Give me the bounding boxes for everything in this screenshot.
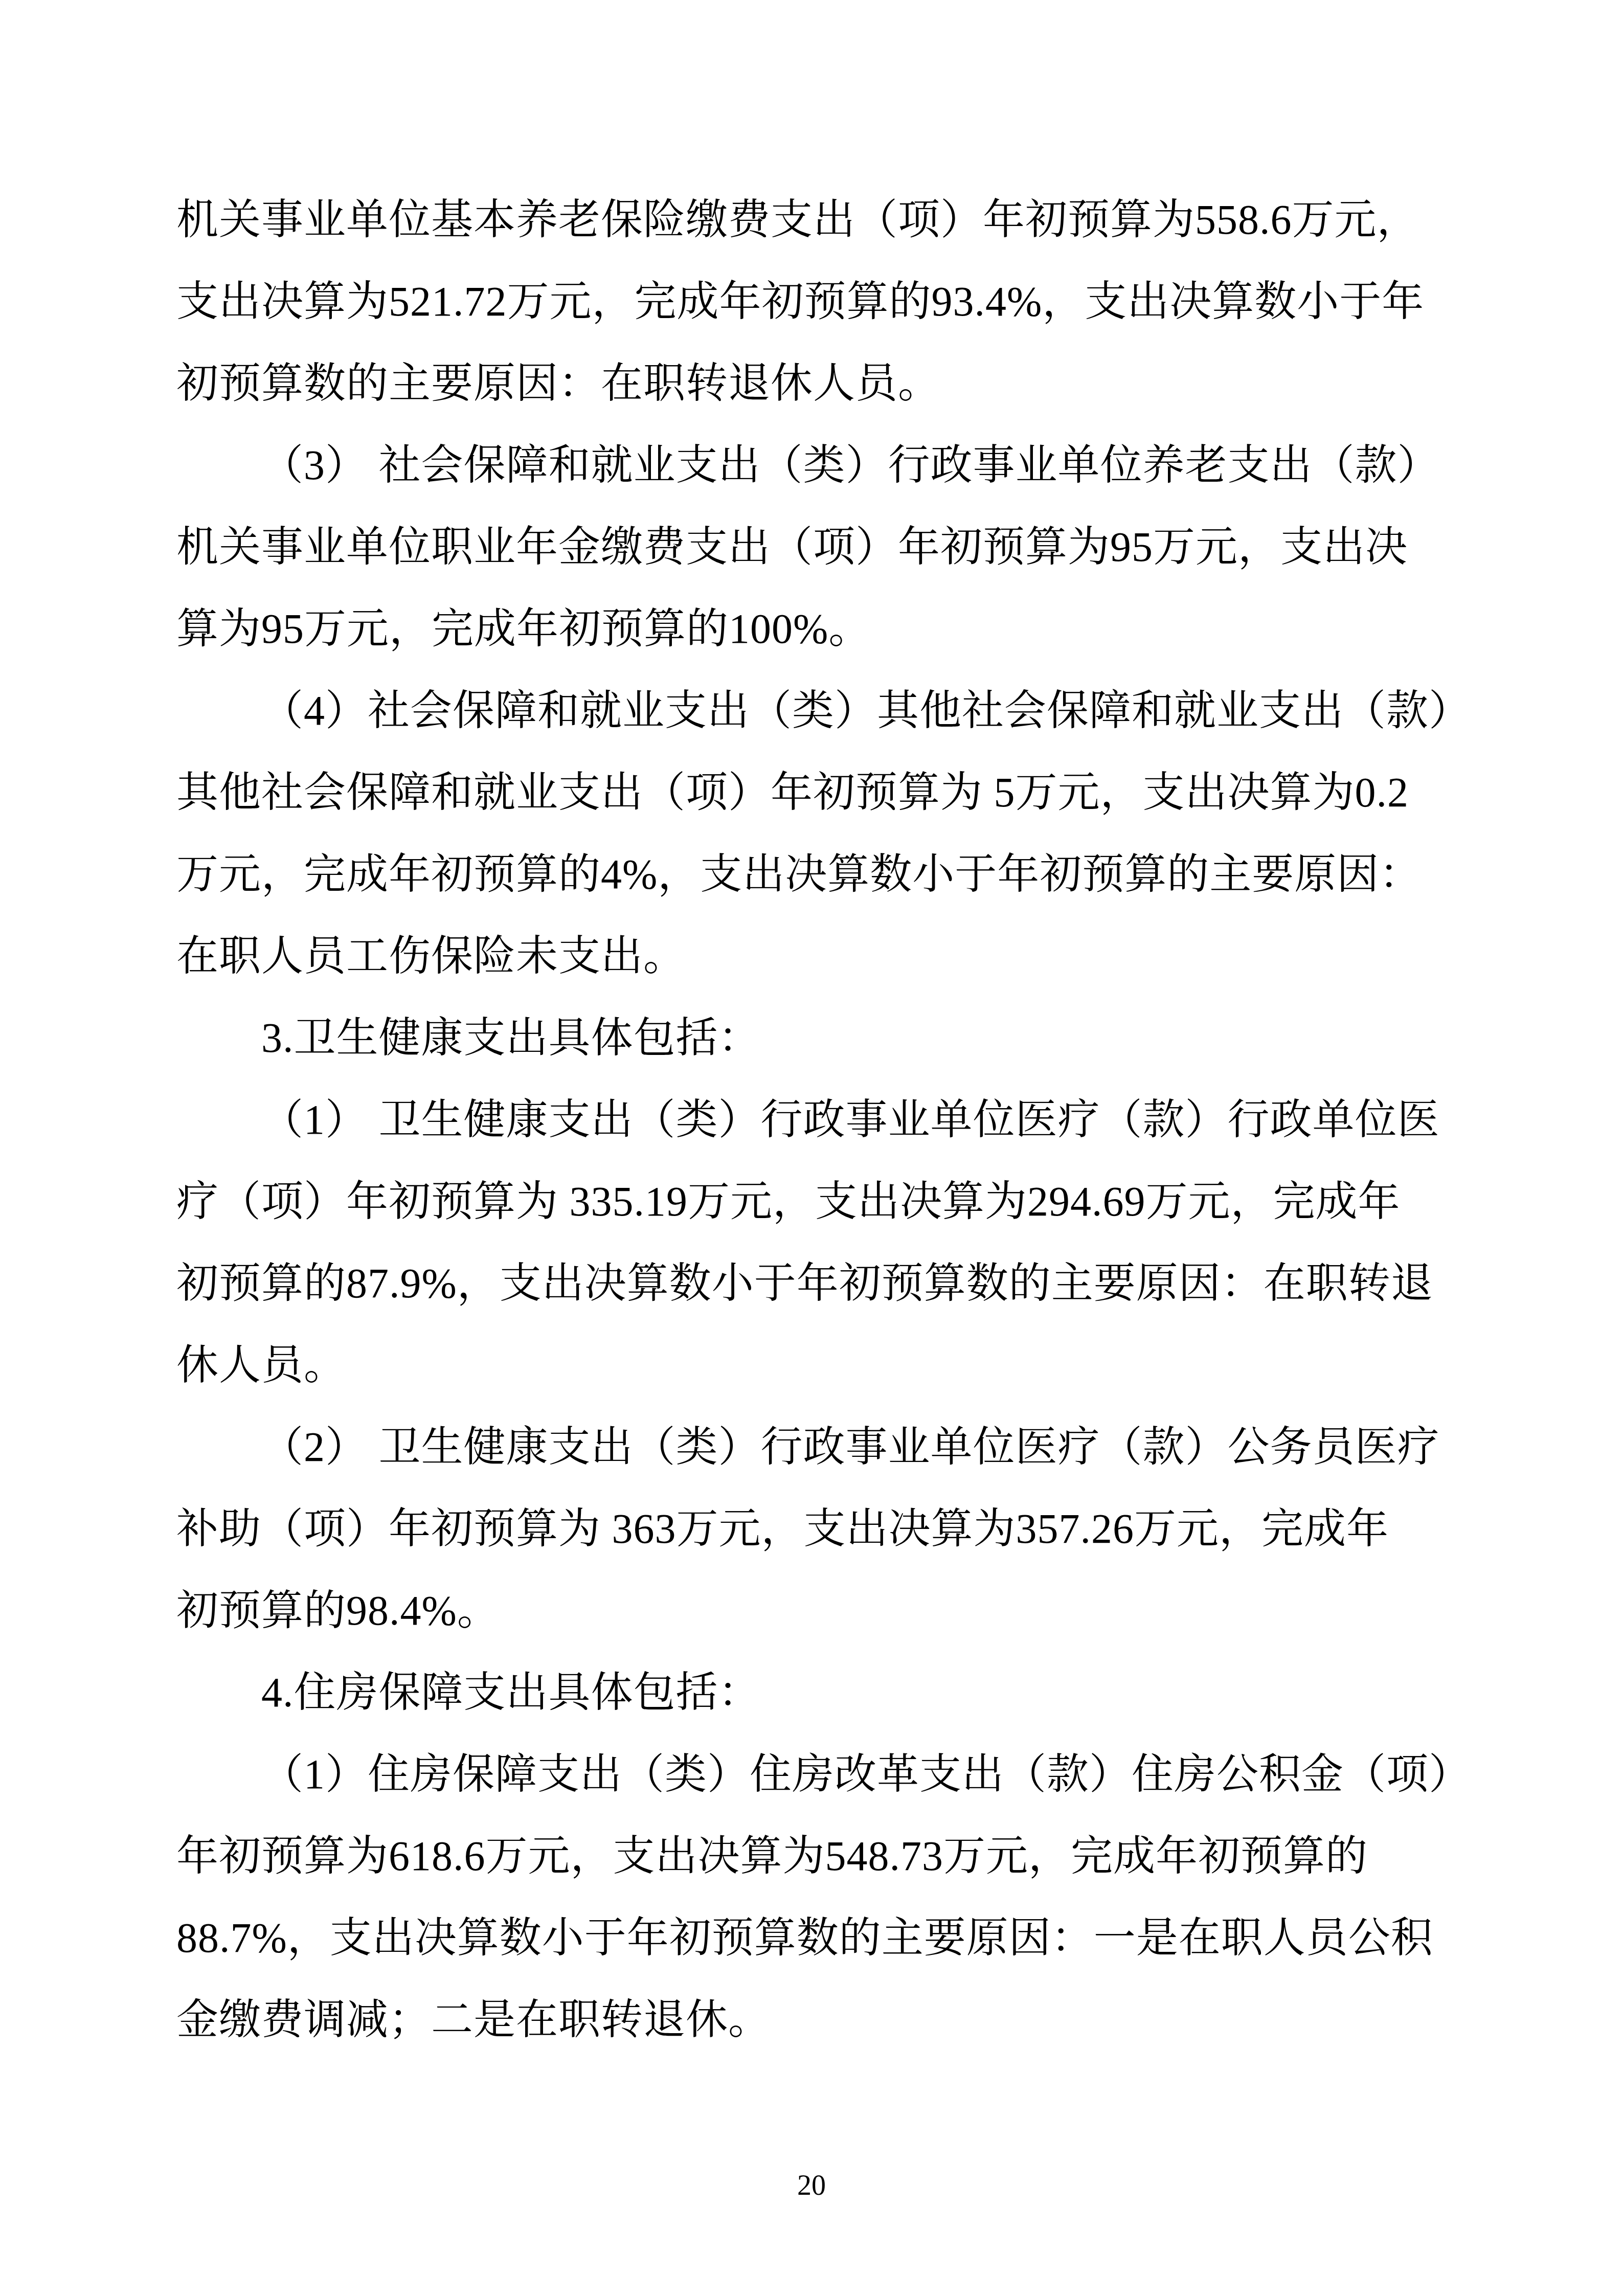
- text-line: 其他社会保障和就业支出（项）年初预算为 5万元，支出决算为0.2: [176, 752, 1450, 834]
- text-block: 机关事业单位基本养老保险缴费支出（项）年初预算为558.6万元，支出决算为521…: [176, 179, 1450, 2061]
- text-line: 补助（项）年初预算为 363万元，支出决算为357.26万元，完成年: [176, 1488, 1450, 1570]
- text-line: 3.卫生健康支出具体包括：: [176, 997, 1450, 1079]
- text-line: （3） 社会保障和就业支出（类）行政事业单位养老支出（款）: [176, 424, 1450, 506]
- text-line: 金缴费调减；二是在职转退休。: [176, 1979, 1450, 2061]
- text-line: 万元，完成年初预算的4%，支出决算数小于年初预算的主要原因：: [176, 834, 1450, 915]
- text-line: （2） 卫生健康支出（类）行政事业单位医疗（款）公务员医疗: [176, 1406, 1450, 1488]
- text-line: 算为95万元，完成年初预算的100%。: [176, 588, 1450, 670]
- text-line: 4.住房保障支出具体包括：: [176, 1652, 1450, 1734]
- text-line: （1） 卫生健康支出（类）行政事业单位医疗（款）行政单位医: [176, 1079, 1450, 1161]
- text-line: 初预算的98.4%。: [176, 1570, 1450, 1652]
- text-line: 支出决算为521.72万元，完成年初预算的93.4%，支出决算数小于年: [176, 261, 1450, 343]
- text-line: （1）住房保障支出（类）住房改革支出（款）住房公积金（项）: [176, 1734, 1450, 1815]
- text-line: 88.7%，支出决算数小于年初预算数的主要原因：一是在职人员公积: [176, 1897, 1450, 1979]
- text-line: 疗（项）年初预算为 335.19万元，支出决算为294.69万元，完成年: [176, 1161, 1450, 1243]
- text-line: 初预算的87.9%，支出决算数小于年初预算数的主要原因：在职转退: [176, 1243, 1450, 1324]
- text-line: （4）社会保障和就业支出（类）其他社会保障和就业支出（款）: [176, 670, 1450, 752]
- text-line: 初预算数的主要原因：在职转退休人员。: [176, 343, 1450, 424]
- page-number: 20: [0, 2170, 1623, 2201]
- document-page: 机关事业单位基本养老保险缴费支出（项）年初预算为558.6万元，支出决算为521…: [0, 0, 1623, 2296]
- text-line: 在职人员工伤保险未支出。: [176, 915, 1450, 997]
- text-line: 年初预算为618.6万元，支出决算为548.73万元，完成年初预算的: [176, 1815, 1450, 1897]
- text-line: 休人员。: [176, 1324, 1450, 1406]
- text-line: 机关事业单位基本养老保险缴费支出（项）年初预算为558.6万元，: [176, 179, 1450, 261]
- text-line: 机关事业单位职业年金缴费支出（项）年初预算为95万元，支出决: [176, 506, 1450, 588]
